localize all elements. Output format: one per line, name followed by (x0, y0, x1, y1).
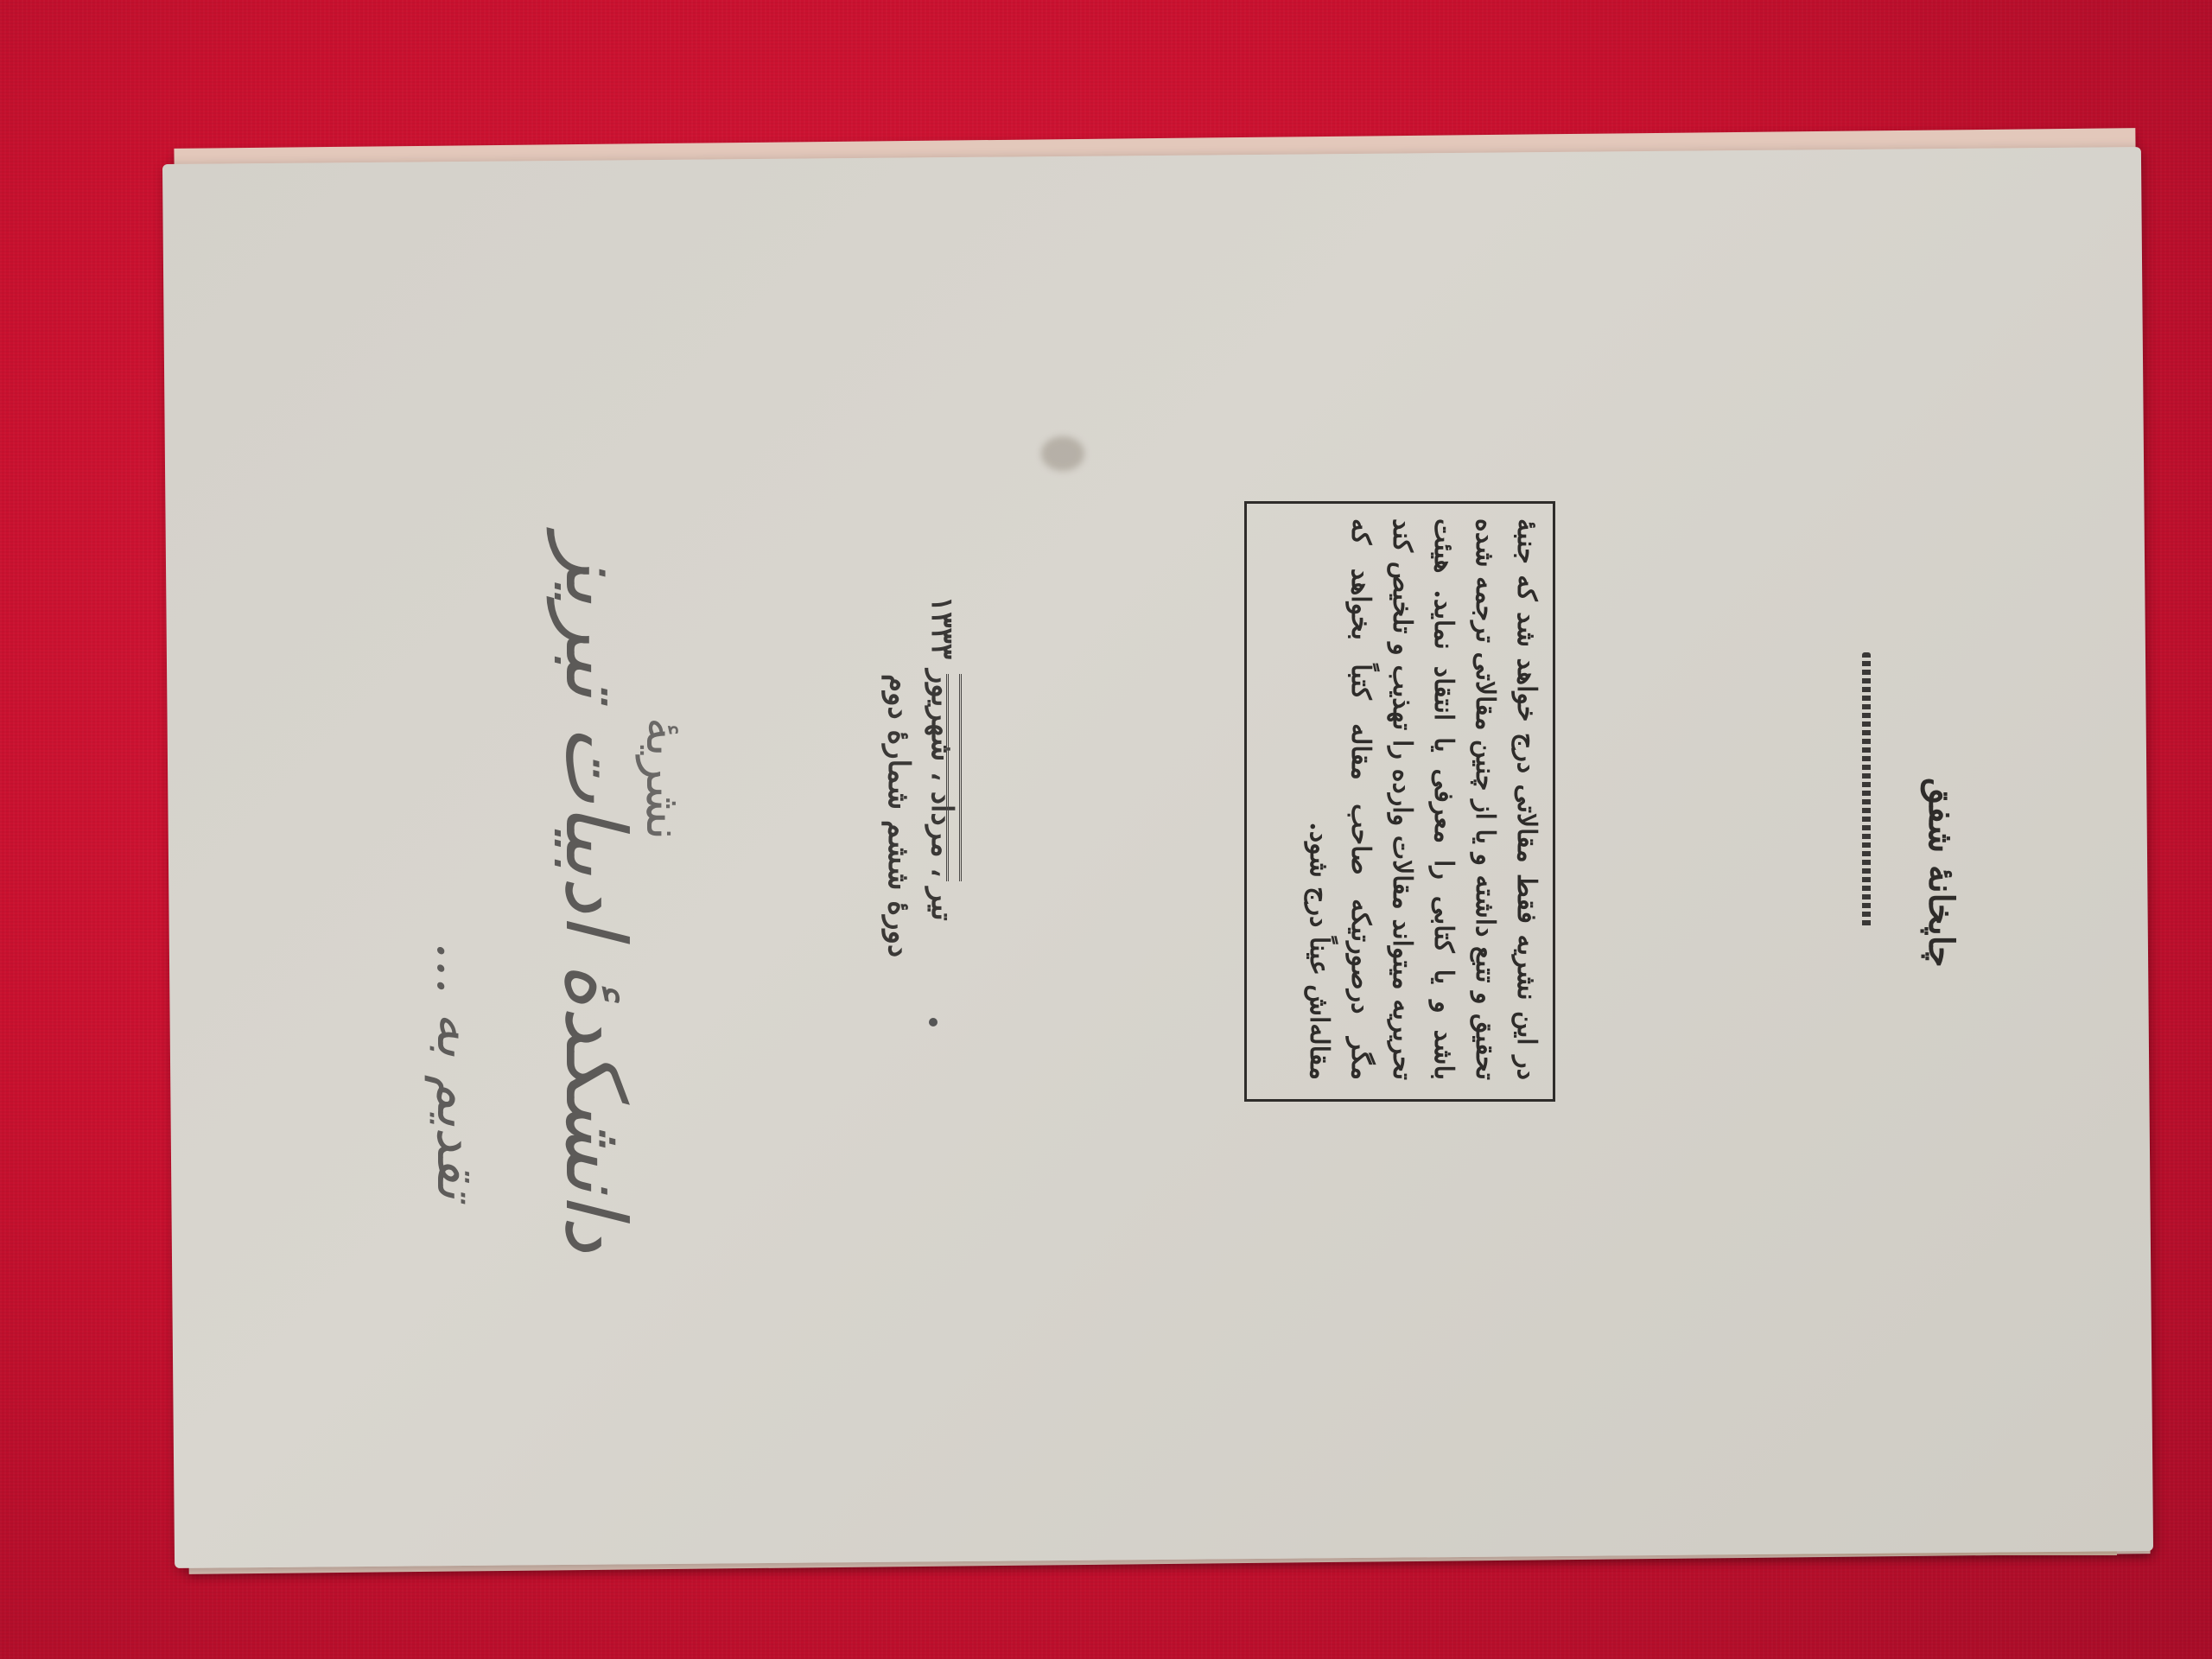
journal-title-line2: دانشکدهٔ ادبیات تبریز (547, 536, 644, 1253)
ink-dot (929, 1018, 938, 1027)
handwritten-dedication: تقدیم به ... (424, 942, 488, 1199)
editorial-notice: در این نشریه فقط مقالاتی درج خواهد شد که… (1298, 518, 1547, 1080)
wavy-rule (1862, 652, 1871, 929)
journal-cover (162, 147, 2153, 1568)
ornamental-rule (946, 674, 962, 881)
paper-stain (1041, 436, 1084, 471)
publisher-name: چاپخانهٔ شفق (1921, 778, 1961, 968)
issue-number: دورهٔ ششم شمارهٔ دوم (881, 674, 916, 957)
